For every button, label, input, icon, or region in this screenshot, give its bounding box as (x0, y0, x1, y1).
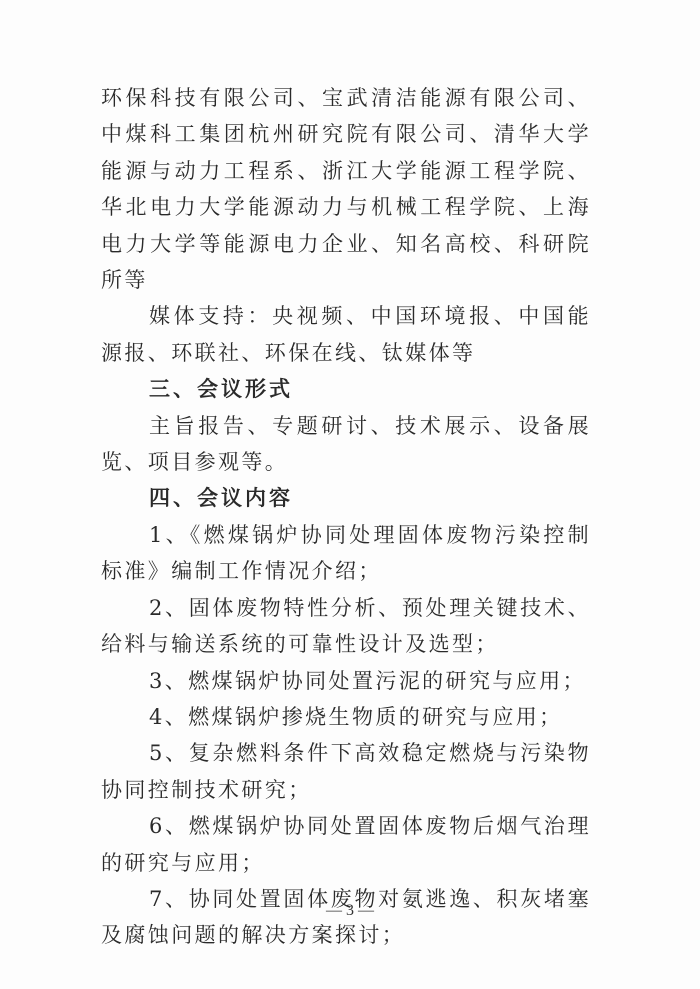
content-item-1: 1、《燃煤锅炉协同处理固体废物污染控制标准》编制工作情况介绍； (101, 517, 591, 590)
content-item-6: 6、燃煤锅炉协同处置固体废物后烟气治理的研究与应用； (101, 808, 591, 881)
document-page: 环保科技有限公司、宝武清洁能源有限公司、中煤科工集团杭州研究院有限公司、清华大学… (101, 80, 591, 954)
content-item-3: 3、燃煤锅炉协同处置污泥的研究与应用； (101, 663, 591, 699)
content-item-2: 2、固体废物特性分析、预处理关键技术、给料与输送系统的可靠性设计及选型； (101, 590, 591, 663)
section-heading-content: 四、会议内容 (101, 480, 591, 516)
content-item-5: 5、复杂燃料条件下高效稳定燃烧与污染物协同控制技术研究； (101, 735, 591, 808)
content-item-4: 4、燃煤锅炉掺烧生物质的研究与应用； (101, 699, 591, 735)
paragraph-media-support: 媒体支持：央视频、中国环境报、中国能源报、环联社、环保在线、钛媒体等 (101, 298, 591, 371)
paragraph-format: 主旨报告、专题研讨、技术展示、设备展览、项目参观等。 (101, 408, 591, 481)
page-number: — 3 — (0, 902, 700, 920)
section-heading-format: 三、会议形式 (101, 371, 591, 407)
paragraph-organizers: 环保科技有限公司、宝武清洁能源有限公司、中煤科工集团杭州研究院有限公司、清华大学… (101, 80, 591, 298)
